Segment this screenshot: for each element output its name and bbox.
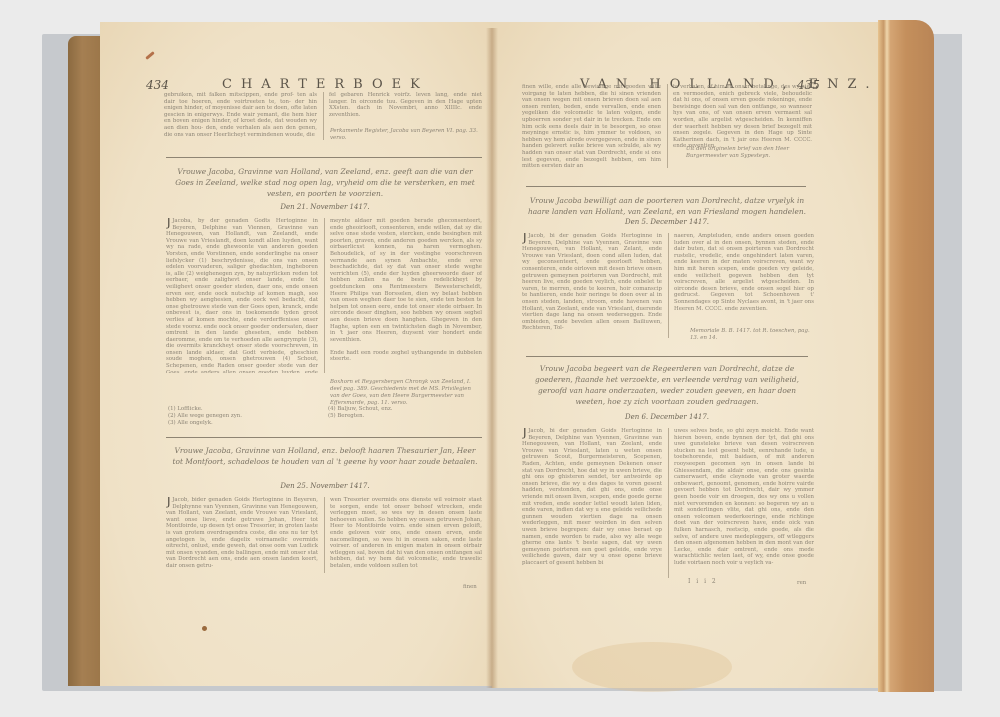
footnotes-right: (4) Baljuw, Schout, enz. (5) Beregten.	[328, 406, 468, 420]
text-paragraph: Jacob, bi der genaden Goids Hertoginne i…	[522, 428, 662, 566]
text-column: naeren, Ampteluden, ende anders onsen go…	[668, 233, 814, 338]
section-rule	[526, 356, 808, 357]
foxing-spot	[202, 626, 207, 631]
signature-mark: I i i 2	[688, 578, 718, 585]
text-paragraph: meynte aldaer mit goeden berade gheconse…	[330, 218, 482, 363]
charter-body: JJacob, bider genaden Goids Hertoginne i…	[166, 497, 482, 573]
charter-heading: Vrouw Jacoba begeert van de Regeerderen …	[528, 363, 806, 407]
footnote: (5) Beregten.	[328, 413, 468, 420]
page-block-left-edge	[68, 36, 104, 686]
charter-date: Den 25. November 1417.	[170, 482, 480, 490]
section-rule	[166, 157, 482, 158]
source-citation: Memoriale B. B. 1417. tot R. toeschen, p…	[690, 328, 810, 342]
charter-heading: Vrouwe Jacoba, Gravinne van Holland, enz…	[170, 445, 480, 467]
catchword: finen	[463, 584, 477, 590]
charter-heading: Vrouwe Jacoba, Gravinne van Holland, van…	[170, 166, 480, 199]
charter-date: Den 21. November 1417.	[170, 203, 480, 211]
charter-body: JJacoba, by der genaden Godts Hertoginne…	[166, 218, 482, 373]
left-running-head: CHARTERBOEK	[222, 77, 429, 92]
left-page-number: 434	[146, 78, 169, 92]
footnote: (2) Alle wege genegen zyn.	[168, 413, 308, 420]
text-paragraph: Jacob, bider genaden Goids Hertoginne in…	[166, 497, 318, 569]
text-paragraph: fel gebaren Henrick voirfz. leven lang, …	[329, 92, 482, 118]
section-rule	[166, 437, 482, 438]
page-block-right-edge	[878, 20, 934, 692]
footnote: (4) Baljuw, Schout, enz.	[328, 406, 468, 413]
catchword: ren	[797, 580, 806, 586]
charter-body: JJacob, bi der genaden Goids Hertoginne …	[522, 428, 814, 578]
book-cover-right-edge	[930, 34, 962, 691]
footnote: (3) Alle ongelyk.	[168, 420, 308, 427]
section-rule	[526, 186, 806, 187]
text-column: JJacob, bi der genaden Goids Hertoginne …	[522, 428, 662, 578]
book-gutter	[486, 28, 498, 688]
text-paragraph: Jacob, bi der genaden Goids Hertoginne i…	[522, 233, 662, 331]
text-column: finen wille, ende alle bewisinge mit goe…	[522, 84, 661, 168]
text-column: meynte aldaer mit goeden berade gheconse…	[324, 218, 482, 373]
text-column: uwes selves bode, so ghi zeyn moicht. En…	[668, 428, 814, 578]
source-citation: Perkamente Register, Jacoba van Beyeren …	[330, 128, 480, 142]
footnote: (1) Lofflicke.	[168, 406, 308, 413]
text-column: JJacob, bider genaden Goids Hertoginne i…	[166, 497, 318, 573]
water-stain	[572, 642, 732, 692]
charter-date: Den 6. December 1417.	[528, 413, 806, 421]
drop-cap: J	[166, 497, 171, 507]
source-citation: Uit den originelen brief van den Heer Bu…	[686, 146, 814, 160]
text-column: gebruiken, mit falken mitscippen, ende p…	[164, 92, 317, 140]
text-column: JJacob, bi der genaden Goids Hertoginne …	[522, 233, 662, 338]
drop-cap: J	[522, 428, 527, 438]
source-citation: Boxhorn et Reygersbergen Chronyk van Zee…	[330, 379, 482, 407]
footnotes-left: (1) Lofflicke. (2) Alle wege genegen zyn…	[168, 406, 308, 426]
drop-cap: J	[166, 218, 171, 228]
text-column: JJacoba, by der genaden Godts Hertoginne…	[166, 218, 318, 373]
charter-date: Den 5. December 1417.	[528, 218, 806, 226]
charter-body: JJacob, bi der genaden Goids Hertoginne …	[522, 233, 814, 338]
charter-heading: Vrouw Jacoba bewilligt aan de poorteren …	[528, 195, 806, 217]
text-column: wen Tresorier overmids ons dienste wil v…	[324, 497, 482, 573]
text-paragraph: Jacoba, by der genaden Godts Hertoginne …	[166, 218, 318, 373]
drop-cap: J	[522, 233, 527, 243]
ink-mark	[145, 51, 155, 60]
